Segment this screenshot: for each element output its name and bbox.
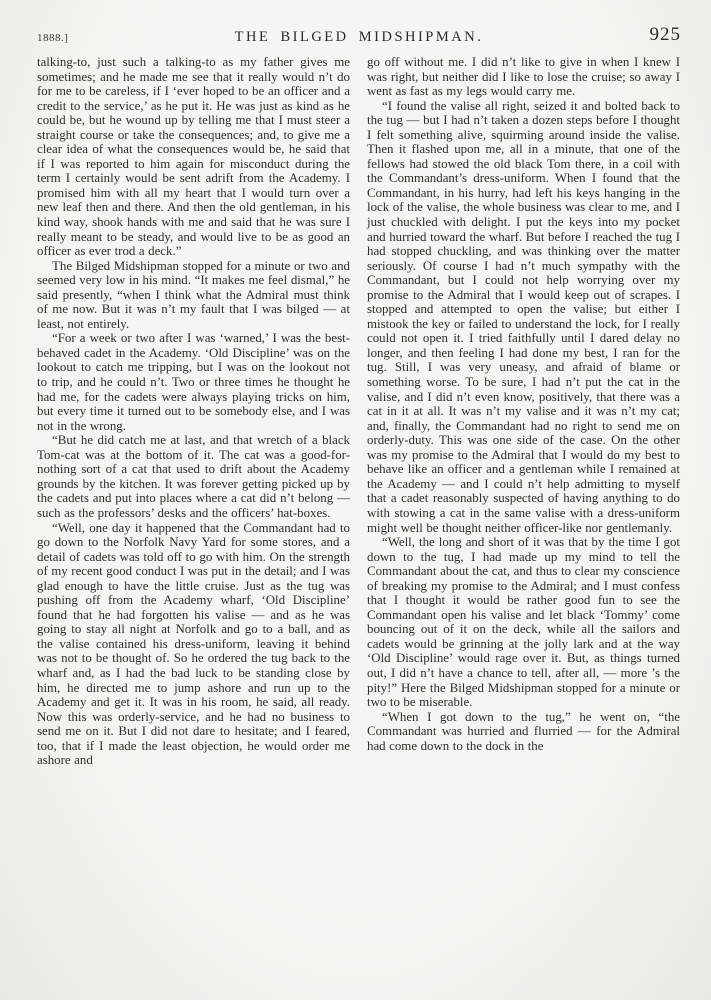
paragraph: “But he did catch me at last, and that w…	[37, 433, 350, 520]
paragraph: The Bilged Midshipman stopped for a minu…	[37, 259, 350, 332]
paragraph: “Well, the long and short of it was that…	[367, 535, 680, 710]
paragraph: “When I got down to the tug,” he went on…	[367, 710, 680, 754]
paragraph: “I found the valise all right, seized it…	[367, 99, 680, 535]
paragraph: “For a week or two after I was ‘warned,’…	[37, 331, 350, 433]
page-title: THE BILGED MIDSHIPMAN.	[37, 29, 681, 46]
paragraph: talking-to, just such a talking-to as my…	[37, 55, 350, 259]
left-column: talking-to, just such a talking-to as my…	[37, 55, 350, 980]
right-column: go off without me. I did n’t like to giv…	[367, 55, 680, 980]
page-number: 925	[650, 24, 682, 46]
book-page: 1888.] THE BILGED MIDSHIPMAN. 925 talkin…	[0, 0, 711, 1000]
paragraph: go off without me. I did n’t like to giv…	[367, 55, 680, 99]
text-columns: talking-to, just such a talking-to as my…	[37, 55, 680, 980]
paragraph: “Well, one day it happened that the Comm…	[37, 521, 350, 768]
running-head: 1888.] THE BILGED MIDSHIPMAN. 925	[37, 24, 681, 50]
